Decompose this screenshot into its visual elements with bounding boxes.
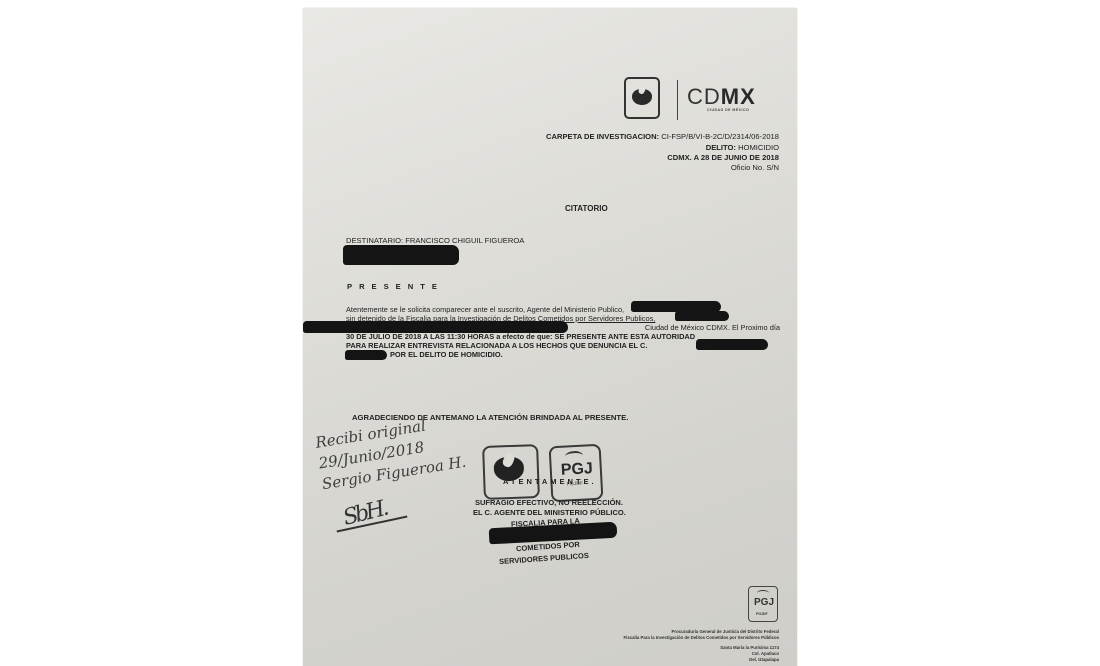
presente-label: PRESENTE xyxy=(347,282,444,291)
pgj-footer-logo-icon: PGJ PGJDF xyxy=(748,586,778,622)
agente-line: EL C. AGENTE DEL MINISTERIO PÚBLICO. xyxy=(473,508,626,517)
body-line-6: POR EL DELITO DE HOMICIDIO. xyxy=(390,350,830,359)
footer-line-1: Procuraduría General de Justicia del Dis… xyxy=(672,629,779,634)
carpeta-line: CARPETA DE INVESTIGACION: CI-FSP/B/VI-B-… xyxy=(546,132,779,141)
pgj-stamp-icon: PGJ PGJDF xyxy=(549,444,604,503)
footer-address-3: Del. Iztapalapa xyxy=(749,657,779,662)
cdmx-emblem-icon xyxy=(624,77,660,119)
recipient-line: DESTINATARIO: FRANCISCO CHIGUIL FIGUEROA xyxy=(346,236,524,245)
footer-line-2: Fiscalía Para la Investigación de Delito… xyxy=(624,635,779,640)
carpeta-value: CI-FSP/B/VI-B-2C/D/2314/06-2018 xyxy=(661,132,779,141)
brand-right: MX xyxy=(721,84,756,109)
servidores-line: SERVIDORES PUBLICOS xyxy=(499,551,589,566)
delito-label: DELITO: xyxy=(706,143,736,152)
body-line-3: Ciudad de México CDMX. El Proximo día xyxy=(570,323,780,332)
document-page: CDMX CIUDAD DE MÉXICO CARPETA DE INVESTI… xyxy=(303,8,797,666)
redaction-mark xyxy=(343,245,459,265)
redaction-mark xyxy=(696,339,768,350)
carpeta-label: CARPETA DE INVESTIGACION: xyxy=(546,132,659,141)
redaction-mark xyxy=(675,311,729,321)
delito-line: DELITO: HOMICIDIO xyxy=(706,143,779,152)
cdmx-stamp-icon xyxy=(482,444,540,500)
brand-subtitle: CIUDAD DE MÉXICO xyxy=(707,108,749,112)
handwritten-receipt-note: Recibi original 29/Junio/2018 Sergio Fig… xyxy=(314,410,468,495)
date-text: CDMX. A 28 DE JUNIO DE 2018 xyxy=(667,153,779,162)
document-title: CITATORIO xyxy=(565,204,608,213)
sufragio-line: SUFRAGIO EFECTIVO, NO REELECCIÓN. xyxy=(475,498,623,507)
delito-value: HOMICIDIO xyxy=(738,143,779,152)
footer-address-1: Santa María la Purísima 1174 xyxy=(720,645,779,650)
footer-address-2: Col. Apatlaco xyxy=(752,651,779,656)
atentamente-label: ATENTAMENTE. xyxy=(503,477,597,486)
letterhead-divider xyxy=(677,80,678,120)
cdmx-logo: CDMX xyxy=(687,84,756,110)
oficio-line: Oficio No. S/N xyxy=(731,163,779,172)
redaction-mark xyxy=(345,350,387,360)
brand-left: CD xyxy=(687,84,721,109)
date-line: CDMX. A 28 DE JUNIO DE 2018 xyxy=(667,153,779,162)
